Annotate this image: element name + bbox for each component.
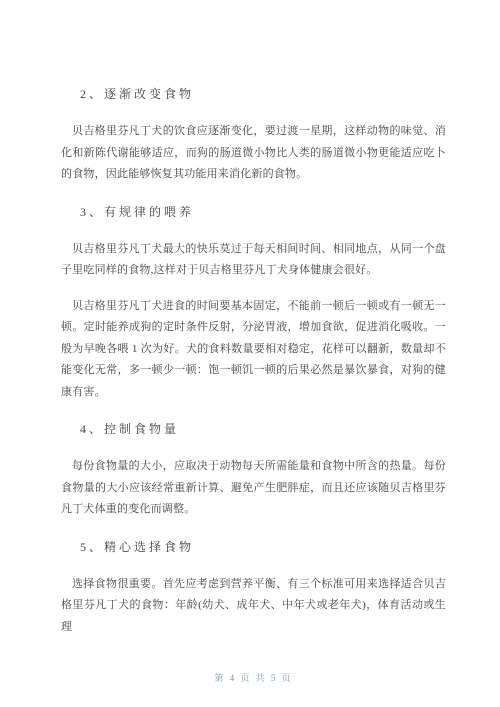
section-heading: 5、精心选择食物 (61, 537, 446, 558)
page-footer: 第 4 页 共 5 页 (61, 668, 446, 686)
page-number-indicator: 第 4 页 共 5 页 (214, 673, 292, 683)
paragraph: 选择食物很重要。首先应考虑到营养平衡、有三个标准可用来选择适合贝吉格里芬凡丁犬的… (61, 574, 446, 639)
section-heading: 3、有规律的喂养 (61, 202, 446, 223)
paragraph: 每份食物量的大小，应取决于动物每天所需能量和食物中所含的热量。每份食物量的大小应… (61, 456, 446, 521)
document-page: 2、逐渐改变食物 贝吉格里芬凡丁犬的饮食应逐渐变化，要过渡一星期，这样动物的味觉… (0, 0, 500, 707)
section-gradually-change-food: 2、逐渐改变食物 贝吉格里芬凡丁犬的饮食应逐渐变化，要过渡一星期，这样动物的味觉… (61, 84, 446, 186)
paragraph: 贝吉格里芬凡丁犬最大的快乐莫过于每天相间时间、相同地点，从同一个盘子里吃同样的食… (61, 239, 446, 282)
paragraph: 贝吉格里芬凡丁犬的饮食应逐渐变化，要过渡一星期，这样动物的味觉、消化和新陈代谢能… (61, 121, 446, 186)
section-heading: 4、控制食物量 (61, 419, 446, 440)
document-content: 2、逐渐改变食物 贝吉格里芬凡丁犬的饮食应逐渐变化，要过渡一星期，这样动物的味觉… (61, 84, 446, 686)
section-carefully-choose-food: 5、精心选择食物 选择食物很重要。首先应考虑到营养平衡、有三个标准可用来选择适合… (61, 537, 446, 639)
section-regular-feeding: 3、有规律的喂养 贝吉格里芬凡丁犬最大的快乐莫过于每天相间时间、相同地点，从同一… (61, 202, 446, 404)
paragraph: 贝吉格里芬凡丁犬进食的时间要基本固定，不能前一顿后一顿或有一顿无一顿。定时能养成… (61, 296, 446, 404)
section-control-food-amount: 4、控制食物量 每份食物量的大小，应取决于动物每天所需能量和食物中所含的热量。每… (61, 419, 446, 521)
section-heading: 2、逐渐改变食物 (61, 84, 446, 105)
